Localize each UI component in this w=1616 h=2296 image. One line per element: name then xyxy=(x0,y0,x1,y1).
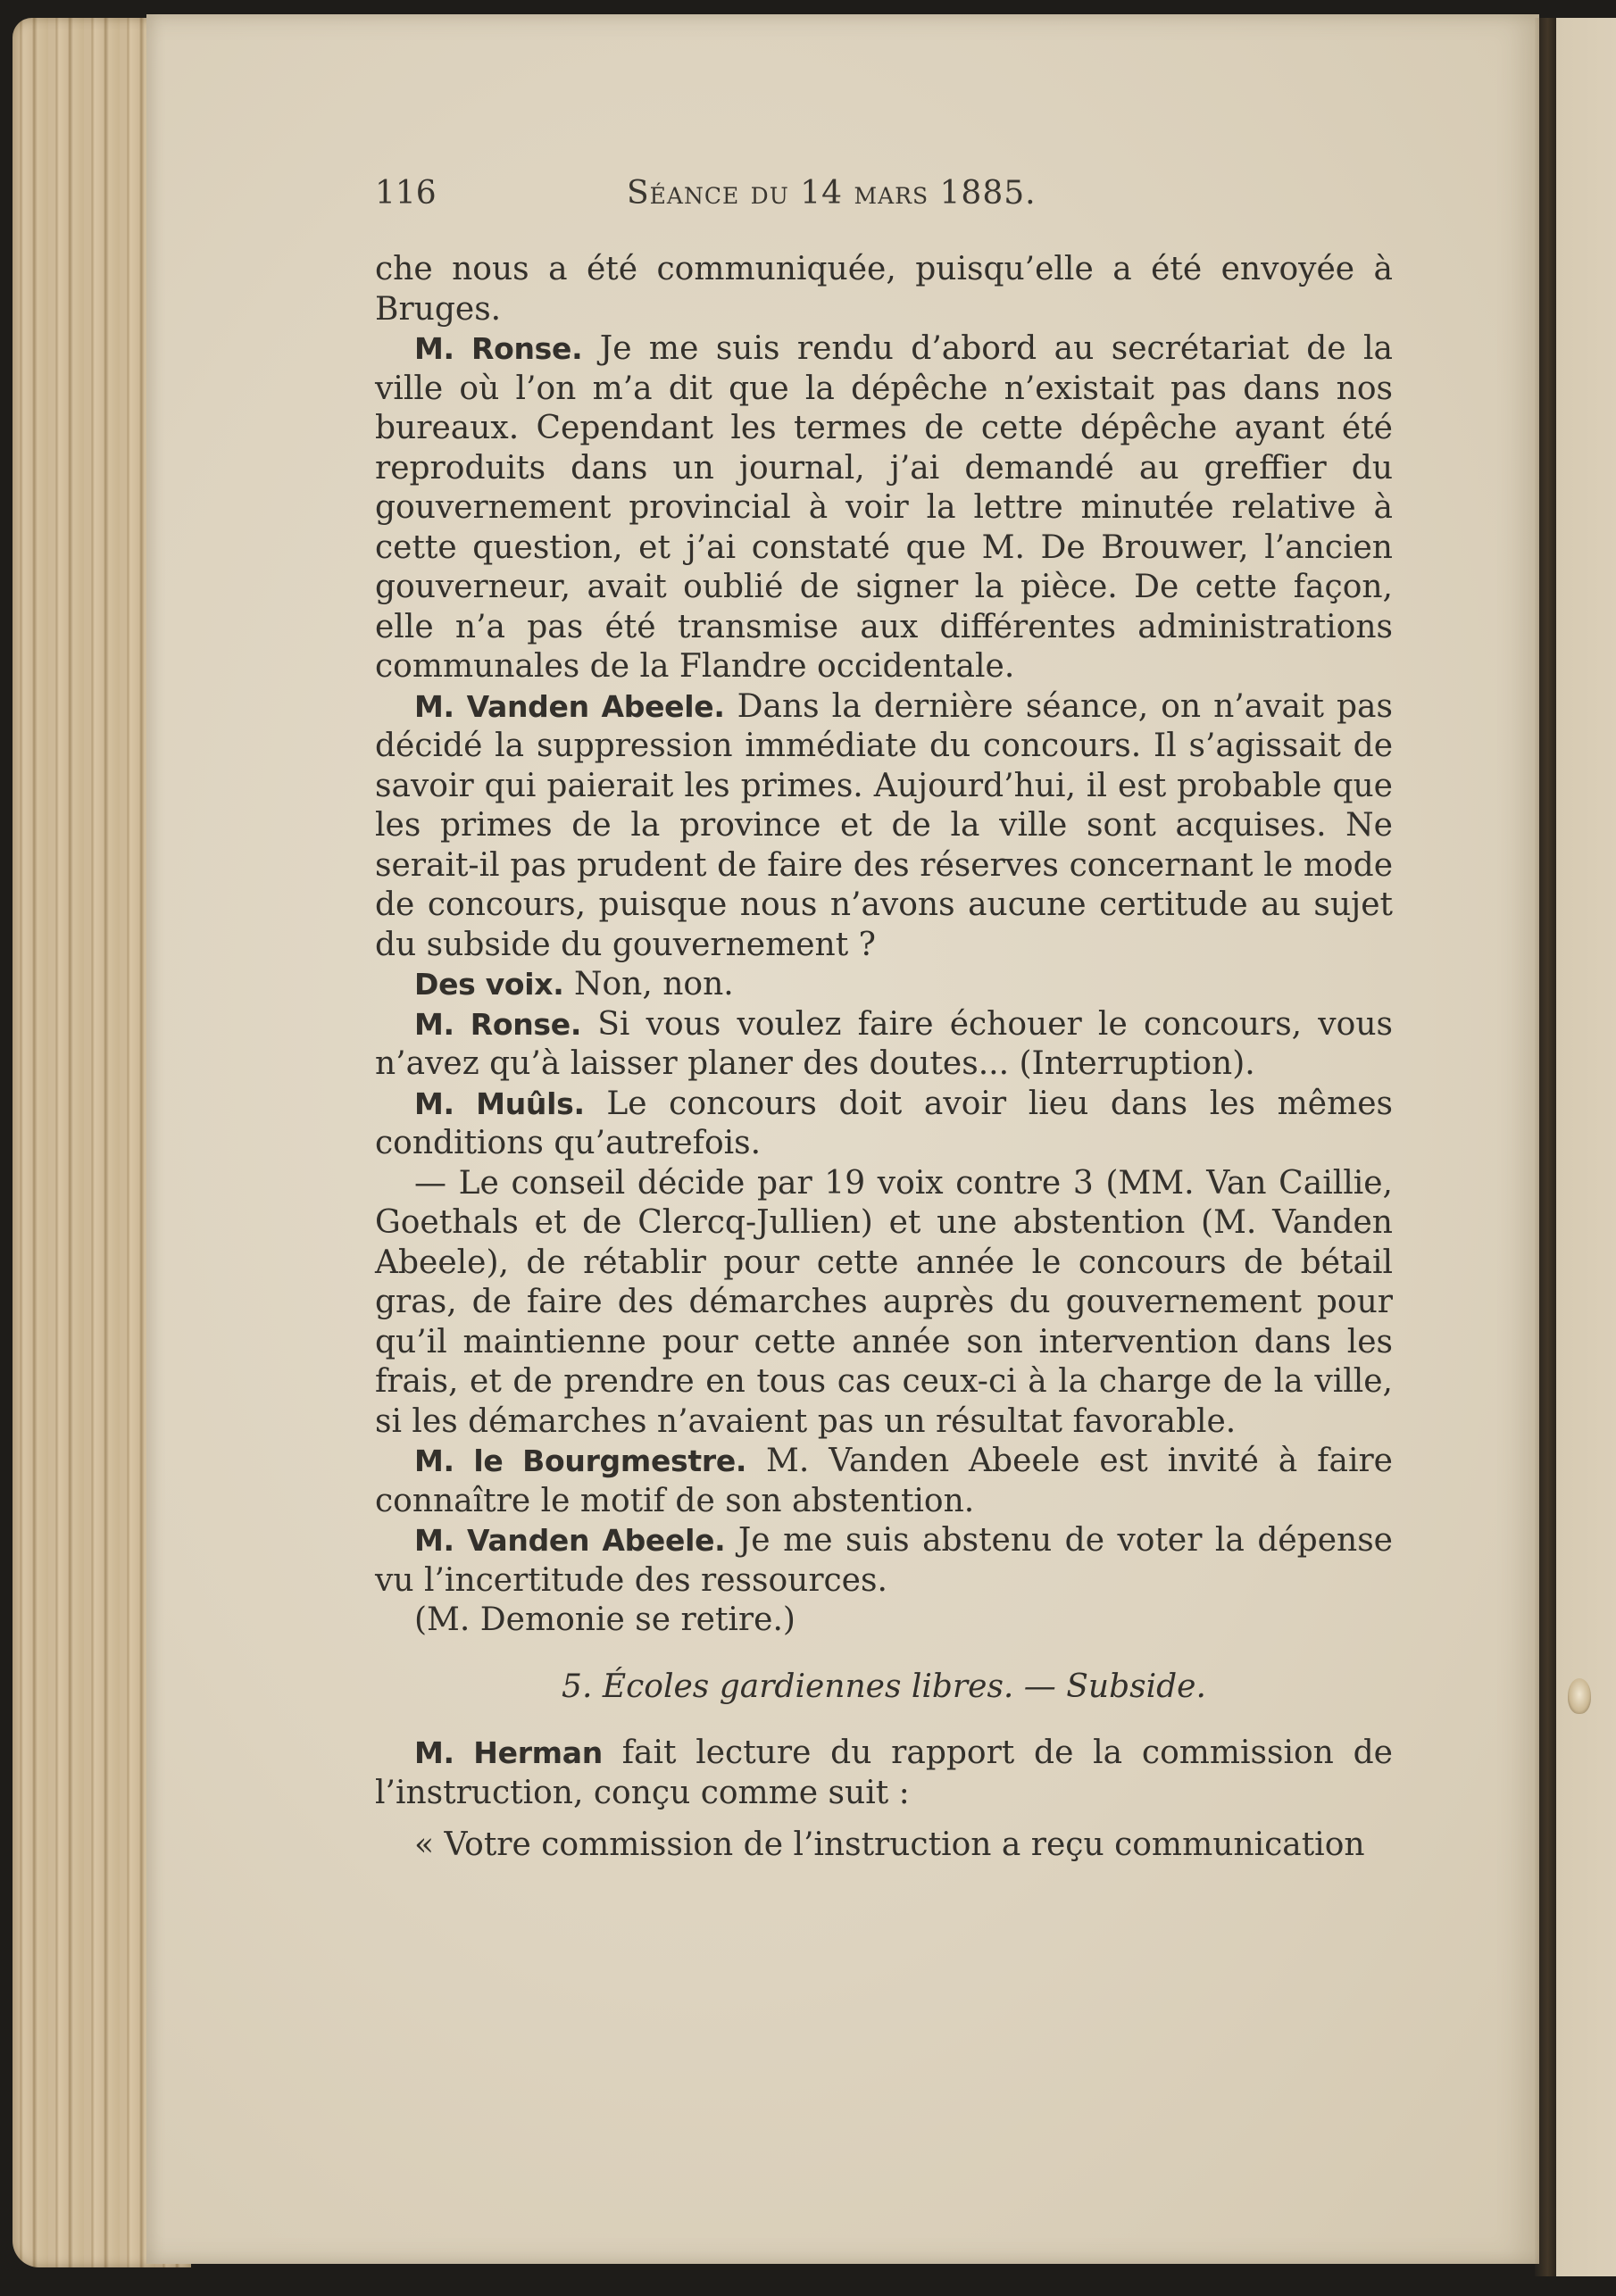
page-header: 116 Séance du 14 mars 1885. xyxy=(375,175,1393,229)
running-title: Séance du 14 mars 1885. xyxy=(627,175,1037,212)
paragraph-speech: M. Vanden Abeele. Je me suis abstenu de … xyxy=(375,1521,1393,1601)
paragraph-speech: Des voix. Non, non. xyxy=(375,965,1393,1005)
page-number: 116 xyxy=(375,175,437,212)
book-gutter xyxy=(1535,18,1556,2276)
paragraph-speech: M. Herman fait lecture du rapport de la … xyxy=(375,1734,1393,1813)
binding-thread xyxy=(1568,1678,1591,1714)
speaker-name: M. le Bourgmestre. xyxy=(414,1443,746,1478)
speaker-name: M. Ronse. xyxy=(414,1007,581,1042)
paragraph-decision: — Le conseil décide par 19 voix contre 3… xyxy=(375,1164,1393,1443)
speech-text: Non, non. xyxy=(564,966,734,1002)
paragraph-continuation: che nous a été communiquée, puisqu’elle … xyxy=(375,250,1393,329)
speaker-name: M. Vanden Abeele. xyxy=(414,689,725,724)
paragraph-speech: M. Muûls. Le concours doit avoir lieu da… xyxy=(375,1085,1393,1164)
facing-page-edge xyxy=(1556,18,1616,2276)
paragraph-note: (M. Demonie se retire.) xyxy=(375,1601,1393,1641)
speaker-name: M. Herman xyxy=(414,1735,603,1770)
speaker-name: M. Vanden Abeele. xyxy=(414,1523,725,1558)
body-text: che nous a été communiquée, puisqu’elle … xyxy=(375,250,1393,1866)
section-heading: 5. Écoles gardiennes libres. — Subside. xyxy=(375,1668,1393,1708)
paragraph-quote: « Votre commission de l’instruction a re… xyxy=(375,1826,1393,1866)
speaker-name: M. Muûls. xyxy=(414,1086,585,1121)
speech-text: Dans la dernière séance, on n’avait pas … xyxy=(375,688,1393,963)
paragraph-speech: M. Vanden Abeele. Dans la dernière séanc… xyxy=(375,687,1393,966)
speaker-name: Des voix. xyxy=(414,967,564,1002)
paragraph-speech: M. Ronse. Je me suis rendu d’abord au se… xyxy=(375,329,1393,687)
speaker-name: M. Ronse. xyxy=(414,331,582,366)
paragraph-speech: M. le Bourgmestre. M. Vanden Abeele est … xyxy=(375,1442,1393,1521)
speech-text: Je me suis rendu d’abord au secrétariat … xyxy=(375,330,1393,685)
paragraph-speech: M. Ronse. Si vous voulez faire échouer l… xyxy=(375,1005,1393,1085)
